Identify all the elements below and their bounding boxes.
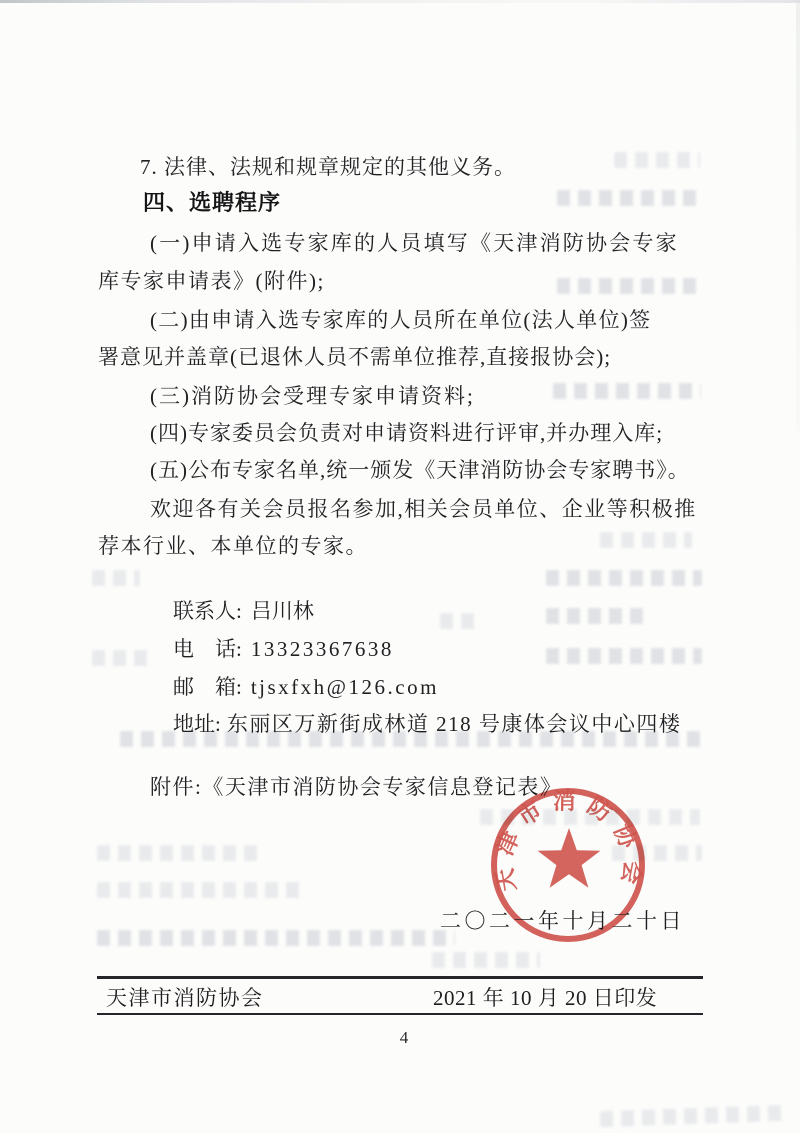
contact-address-line: 地址:东丽区万新街成林道 218 号康体会议中心四楼 bbox=[152, 685, 681, 763]
document-date: 二〇二一年十月二十日 bbox=[440, 905, 685, 935]
procedure-item-1-line-1: (一)申请入选专家库的人员填写《天津消防协会专家 bbox=[150, 230, 679, 256]
welcome-line-1: 欢迎各有关会员报名参加,相关会员单位、企业等积极推 bbox=[150, 496, 697, 522]
scan-artifact-right bbox=[796, 0, 800, 431]
bleedthrough-smudge bbox=[97, 845, 257, 861]
bleedthrough-smudge bbox=[557, 278, 702, 294]
footer-print-date: 2021 年 10 月 20 日印发 bbox=[433, 982, 657, 1012]
welcome-line-2: 荐本行业、本单位的专家。 bbox=[98, 533, 368, 559]
bleedthrough-smudge bbox=[440, 613, 480, 629]
bleedthrough-smudge bbox=[600, 1105, 785, 1127]
procedure-item-1-line-2: 库专家申请表》(附件); bbox=[98, 268, 325, 294]
bleedthrough-smudge bbox=[553, 383, 701, 399]
footer-rule-bottom bbox=[97, 1013, 703, 1015]
procedure-item-3: (三)消防协会受理专家申请资料; bbox=[150, 383, 475, 409]
bleedthrough-smudge bbox=[546, 608, 646, 624]
bleedthrough-smudge bbox=[546, 648, 702, 664]
scan-artifact-top bbox=[0, 0, 800, 3]
obligation-item-7: 7. 法律、法规和规章规定的其他义务。 bbox=[140, 154, 516, 180]
bleedthrough-smudge bbox=[97, 930, 455, 946]
procedure-item-2-line-2: 署意见并盖章(已退休人员不需单位推荐,直接报协会); bbox=[98, 344, 611, 370]
seal-star-icon bbox=[538, 828, 601, 888]
bleedthrough-smudge bbox=[600, 532, 692, 548]
contact-address-label: 地址: bbox=[173, 711, 221, 737]
document-page: 7. 法律、法规和规章规定的其他义务。 四、选聘程序 (一)申请入选专家库的人员… bbox=[0, 0, 800, 1133]
footer-rule-top bbox=[97, 976, 703, 979]
procedure-item-2-line-1: (二)由申请入选专家库的人员所在单位(法人单位)签 bbox=[150, 307, 651, 333]
bleedthrough-smudge bbox=[546, 570, 702, 586]
bleedthrough-smudge bbox=[97, 882, 302, 898]
bleedthrough-smudge bbox=[614, 152, 700, 168]
procedure-item-4: (四)专家委员会负责对申请资料进行评审,并办理入库; bbox=[150, 420, 663, 446]
procedure-item-5: (五)公布专家名单,统一颁发《天津消防协会专家聘书》。 bbox=[150, 457, 690, 483]
footer-issuer: 天津市消防协会 bbox=[106, 982, 264, 1012]
bleedthrough-smudge bbox=[92, 570, 140, 586]
bleedthrough-smudge bbox=[92, 650, 150, 666]
page-number: 4 bbox=[392, 1028, 416, 1048]
bleedthrough-smudge bbox=[557, 190, 702, 206]
contact-address-value: 东丽区万新街成林道 218 号康体会议中心四楼 bbox=[227, 711, 682, 737]
section-heading: 四、选聘程序 bbox=[143, 190, 281, 216]
